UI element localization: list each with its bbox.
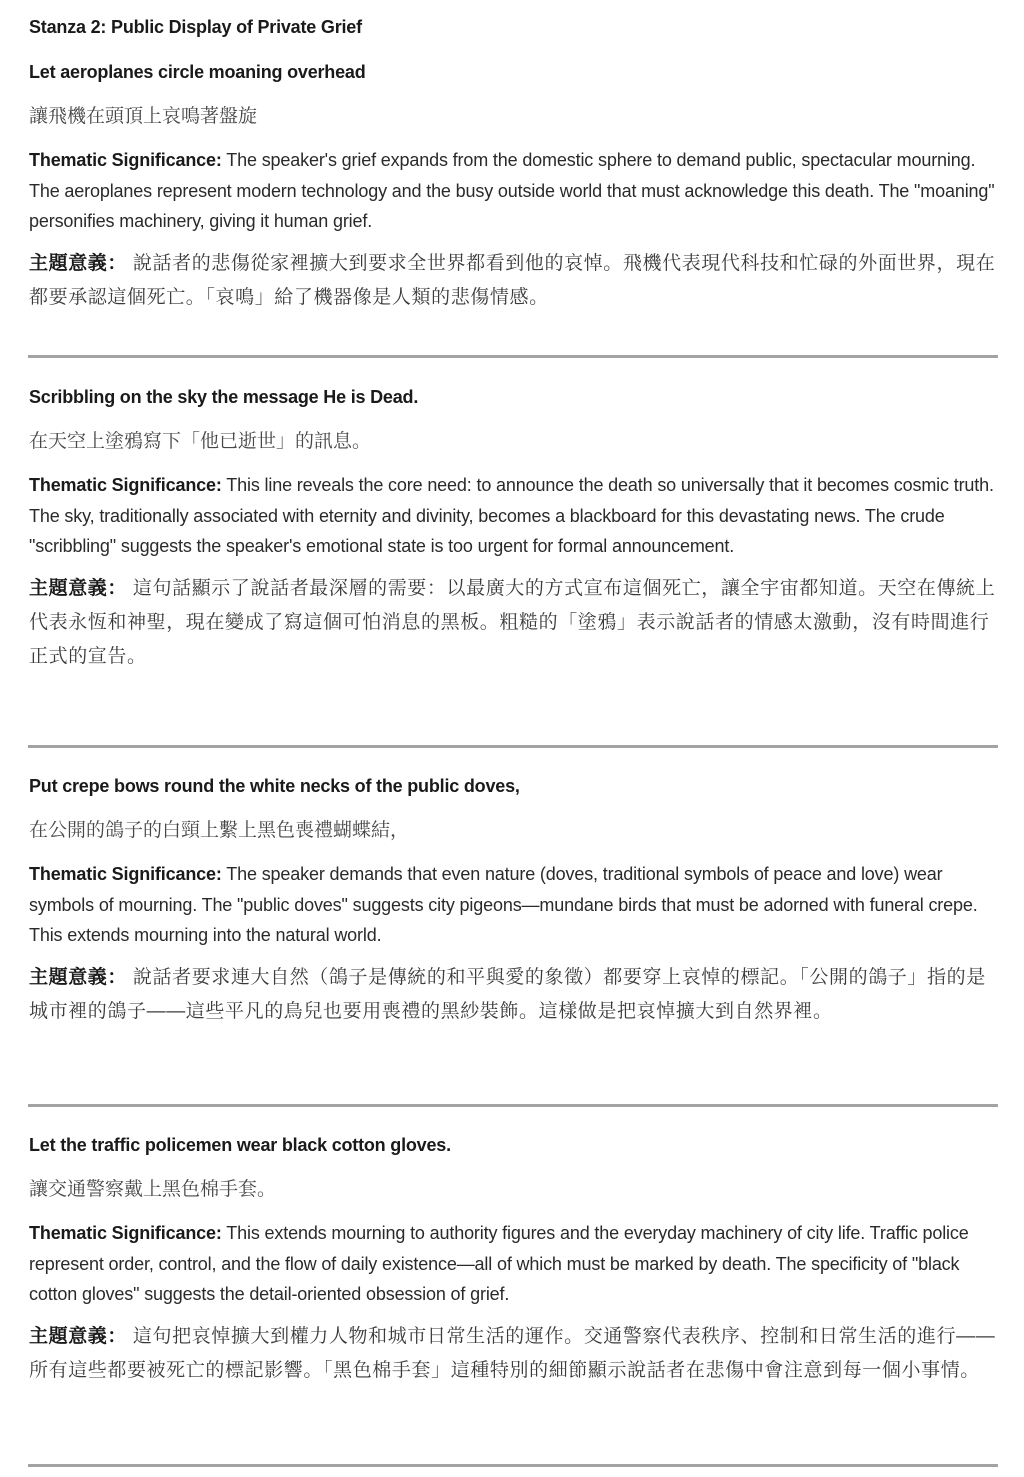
significance-text-chinese: 說話者要求連大自然（鴿子是傳統的和平與愛的象徵）都要穿上哀悼的標記。「公開的鴿子… <box>29 967 986 1022</box>
poem-line-section: Scribbling on the sky the message He is … <box>29 385 997 674</box>
thematic-significance-chinese: 主題意義： 這句話顯示了說話者最深層的需要：以最廣大的方式宣布這個死亡，讓全宇宙… <box>29 572 997 674</box>
thematic-significance-english: Thematic Significance: This extends mour… <box>29 1218 997 1310</box>
significance-text-chinese: 說話者的悲傷從家裡擴大到要求全世界都看到他的哀悼。飛機代表現代科技和忙碌的外面世… <box>29 253 995 308</box>
poem-line-chinese: 在公開的鴿子的白頸上繫上黑色喪禮蝴蝶結， <box>29 818 997 844</box>
significance-label-english: Thematic Significance: <box>29 475 222 495</box>
poem-line-section: Let the traffic policemen wear black cot… <box>29 1133 997 1388</box>
significance-text-chinese: 這句把哀悼擴大到權力人物和城市日常生活的運作。交通警察代表秩序、控制和日常生活的… <box>29 1326 995 1381</box>
poem-line-english: Let the traffic policemen wear black cot… <box>29 1133 997 1157</box>
section-divider <box>28 355 998 358</box>
stanza-title: Stanza 2: Public Display of Private Grie… <box>29 15 362 39</box>
thematic-significance-chinese: 主題意義： 這句把哀悼擴大到權力人物和城市日常生活的運作。交通警察代表秩序、控制… <box>29 1320 997 1388</box>
significance-label-chinese: 主題意義： <box>29 578 127 599</box>
poem-line-english: Let aeroplanes circle moaning overhead <box>29 60 997 84</box>
significance-label-chinese: 主題意義： <box>29 967 127 988</box>
poem-line-section: Put crepe bows round the white necks of … <box>29 774 997 1029</box>
significance-label-english: Thematic Significance: <box>29 864 222 884</box>
significance-label-chinese: 主題意義： <box>29 253 127 274</box>
significance-label-english: Thematic Significance: <box>29 1223 222 1243</box>
thematic-significance-english: Thematic Significance: This line reveals… <box>29 470 997 562</box>
poem-line-chinese: 在天空上塗鴉寫下「他已逝世」的訊息。 <box>29 429 997 455</box>
thematic-significance-chinese: 主題意義： 說話者的悲傷從家裡擴大到要求全世界都看到他的哀悼。飛機代表現代科技和… <box>29 247 997 315</box>
significance-text-chinese: 這句話顯示了說話者最深層的需要：以最廣大的方式宣布這個死亡，讓全宇宙都知道。天空… <box>29 578 995 667</box>
poem-line-chinese: 讓交通警察戴上黑色棉手套。 <box>29 1177 997 1203</box>
poem-line-english: Put crepe bows round the white necks of … <box>29 774 997 798</box>
thematic-significance-english: Thematic Significance: The speaker deman… <box>29 859 997 951</box>
thematic-significance-chinese: 主題意義： 說話者要求連大自然（鴿子是傳統的和平與愛的象徵）都要穿上哀悼的標記。… <box>29 961 997 1029</box>
significance-label-chinese: 主題意義： <box>29 1326 127 1347</box>
poem-line-section: Let aeroplanes circle moaning overhead 讓… <box>29 60 997 315</box>
section-divider <box>28 1464 998 1467</box>
poem-line-english: Scribbling on the sky the message He is … <box>29 385 997 409</box>
significance-label-english: Thematic Significance: <box>29 150 222 170</box>
thematic-significance-english: Thematic Significance: The speaker's gri… <box>29 145 997 237</box>
poem-line-chinese: 讓飛機在頭頂上哀鳴著盤旋 <box>29 104 997 130</box>
section-divider <box>28 745 998 748</box>
section-divider <box>28 1104 998 1107</box>
